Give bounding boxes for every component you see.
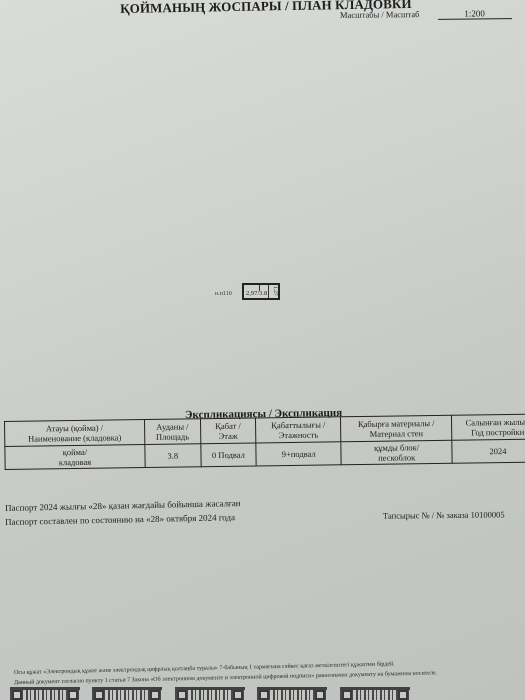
cell-area: 3.8 bbox=[145, 444, 201, 468]
explication-table: Атауы (қойма) /Наименование (кладовка) А… bbox=[4, 413, 525, 470]
scale-label: Масштабы / Масштаб bbox=[340, 9, 420, 20]
column-header-floors-total: Қабаттылығы /Этажность bbox=[256, 417, 341, 443]
column-header-year: Салынған жылы /Год постройки bbox=[452, 414, 525, 440]
cell-name: қойма/кладовая bbox=[5, 445, 145, 470]
scale-value: 1:200 bbox=[438, 8, 512, 20]
column-header-wall-material: Қабырға материалы /Материал стен bbox=[341, 415, 452, 442]
column-header-area: Ауданы /Площадь bbox=[144, 419, 200, 445]
plan-inner-wall bbox=[268, 285, 269, 298]
plan-unit-label: н.п110 bbox=[215, 291, 232, 297]
column-header-name: Атауы (қойма) /Наименование (кладовка) bbox=[5, 420, 145, 447]
column-header-floor: Қабат /Этаж bbox=[200, 418, 256, 444]
qr-code-2 bbox=[92, 687, 162, 700]
order-label: Тапсырыс № / № заказа bbox=[383, 510, 469, 521]
passport-date-kz: Паспорт 2024 жылғы «28» қазан жағдайы бо… bbox=[5, 498, 241, 513]
document-page: ҚОЙМАНЫҢ ЖОСПАРЫ / ПЛАН КЛАДОВКИ Масштаб… bbox=[0, 0, 525, 700]
cell-floor: 0 Подвал bbox=[201, 443, 257, 467]
qr-code-4 bbox=[257, 687, 327, 700]
qr-code-1 bbox=[10, 687, 80, 700]
plan-dimension: 1.27 bbox=[272, 286, 278, 296]
qr-code-5 bbox=[340, 687, 410, 700]
cell-wall-material: құмды блок/пескоблок bbox=[341, 440, 452, 465]
scale-row: Масштабы / Масштаб 1:200 bbox=[340, 8, 512, 21]
order-number: Тапсырыс № / № заказа 10100005 bbox=[383, 509, 505, 520]
order-value: 10100005 bbox=[471, 509, 505, 519]
plan-area-text: 2,97/3.8 bbox=[246, 290, 267, 297]
cell-year: 2024 bbox=[452, 439, 525, 463]
cell-floors-total: 9+подвал bbox=[256, 442, 341, 466]
qr-code-3 bbox=[175, 687, 245, 700]
storage-plan-drawing: 2,97/3.8 1.27 bbox=[242, 283, 280, 300]
passport-date-ru: Паспорт составлен по состоянию на «28» о… bbox=[5, 512, 235, 527]
